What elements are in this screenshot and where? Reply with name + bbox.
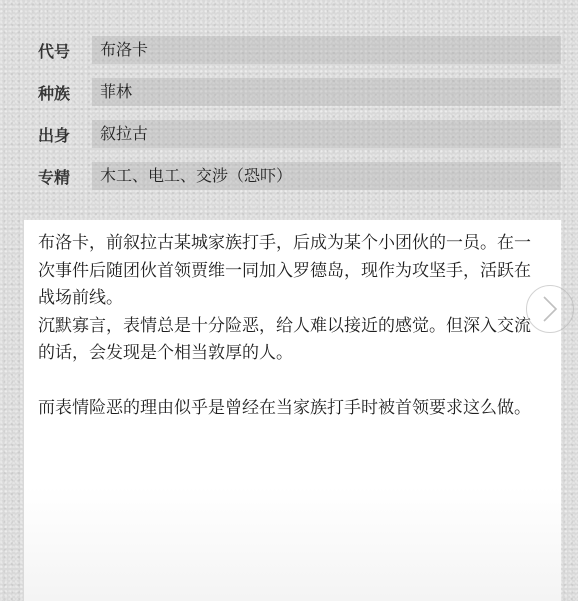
chevron-right-icon (539, 294, 561, 324)
field-specialty: 专精 木工、电工、交涉（恐吓） (38, 162, 561, 190)
field-label: 专精 (38, 165, 92, 188)
field-value: 木工、电工、交涉（恐吓） (92, 162, 561, 190)
description-panel[interactable]: 布洛卡，前叙拉古某城家族打手，后成为某个小团伙的一员。在一次事件后随团伙首领贾维… (24, 220, 561, 601)
description-paragraph: 而表情险恶的理由似乎是曾经在当家族打手时被首领要求这么做。 (38, 395, 547, 423)
field-value: 叙拉古 (92, 120, 561, 148)
field-codename: 代号 布洛卡 (38, 36, 561, 64)
field-value: 布洛卡 (92, 36, 561, 64)
description-text: 布洛卡，前叙拉古某城家族打手，后成为某个小团伙的一员。在一次事件后随团伙首领贾维… (38, 230, 547, 423)
description-paragraph: 沉默寡言，表情总是十分险恶，给人难以接近的感觉。但深入交流的话，会发现是个相当敦… (38, 313, 547, 368)
next-page-button[interactable] (526, 285, 574, 333)
field-label: 出身 (38, 123, 92, 146)
field-value: 菲林 (92, 78, 561, 106)
profile-info: 代号 布洛卡 种族 菲林 出身 叙拉古 专精 木工、电工、交涉（恐吓） (38, 36, 561, 204)
field-origin: 出身 叙拉古 (38, 120, 561, 148)
paragraph-spacer (38, 368, 547, 396)
field-label: 代号 (38, 39, 92, 62)
description-paragraph: 布洛卡，前叙拉古某城家族打手，后成为某个小团伙的一员。在一次事件后随团伙首领贾维… (38, 230, 547, 313)
field-race: 种族 菲林 (38, 78, 561, 106)
field-label: 种族 (38, 81, 92, 104)
